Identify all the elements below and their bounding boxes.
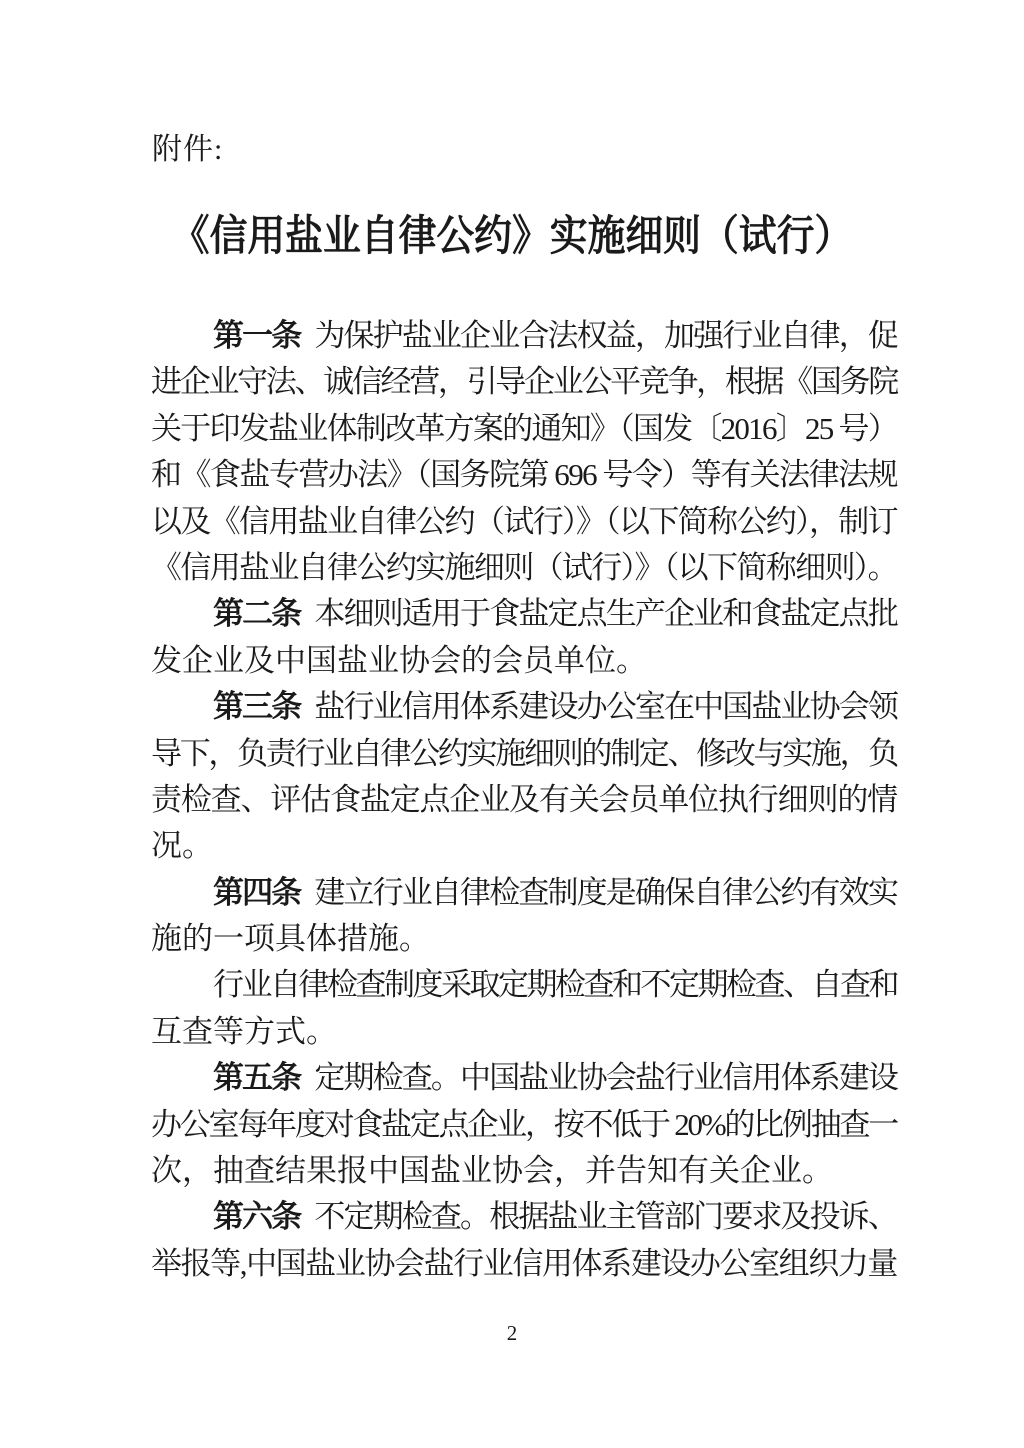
article-number: 第四条 bbox=[213, 875, 300, 910]
article-number: 第一条 bbox=[213, 318, 300, 353]
article-number: 第五条 bbox=[213, 1060, 300, 1095]
text-line: 第六条不定期检查。根据盐业主管部门要求及投诉、 bbox=[151, 1194, 897, 1240]
attachment-label: 附件: bbox=[152, 132, 223, 168]
text-line: 第四条建立行业自律检查制度是确保自律公约有效实 bbox=[151, 870, 897, 916]
text-line: 次，抽查结果报中国盐业协会，并告知有关企业。 bbox=[151, 1148, 897, 1194]
text-line: 和《食盐专营办法》（国务院第 696 号令）等有关法律法规 bbox=[151, 452, 897, 498]
text-line: 行业自律检查制度采取定期检查和不定期检查、自查和 bbox=[151, 962, 897, 1008]
text-line: 以及《信用盐业自律公约（试行）》（以下简称公约），制订 bbox=[151, 499, 897, 545]
text-line: 举报等,中国盐业协会盐行业信用体系建设办公室组织力量 bbox=[151, 1241, 897, 1287]
text-line: 施的一项具体措施。 bbox=[151, 916, 897, 962]
text-line: 第二条本细则适用于食盐定点生产企业和食盐定点批 bbox=[151, 591, 897, 637]
text-line: 进企业守法、诚信经营，引导企业公平竞争，根据《国务院 bbox=[151, 359, 897, 405]
page-title: 《信用盐业自律公约》实施细则（试行） bbox=[51, 211, 973, 263]
text-line: 《信用盐业自律公约实施细则（试行）》（以下简称细则）。 bbox=[151, 545, 897, 591]
article-number: 第六条 bbox=[213, 1199, 300, 1234]
text-line: 第五条定期检查。中国盐业协会盐行业信用体系建设 bbox=[151, 1055, 897, 1101]
text-line: 办公室每年度对食盐定点企业，按不低于 20%的比例抽查一 bbox=[151, 1102, 897, 1148]
text-line: 互查等方式。 bbox=[151, 1009, 897, 1055]
text-line: 况。 bbox=[151, 823, 897, 869]
document-body: 第一条为保护盐业企业合法权益，加强行业自律，促进企业守法、诚信经营，引导企业公平… bbox=[151, 313, 897, 1287]
page-number: 2 bbox=[0, 1320, 1024, 1346]
text-line: 关于印发盐业体制改革方案的通知》（国发〔2016〕25 号） bbox=[151, 406, 897, 452]
article-number: 第三条 bbox=[213, 689, 300, 724]
document-page: 附件: 《信用盐业自律公约》实施细则（试行） 第一条为保护盐业企业合法权益，加强… bbox=[0, 0, 1024, 1448]
text-line: 导下，负责行业自律公约实施细则的制定、修改与实施，负 bbox=[151, 731, 897, 777]
text-line: 发企业及中国盐业协会的会员单位。 bbox=[151, 638, 897, 684]
text-line: 第一条为保护盐业企业合法权益，加强行业自律，促 bbox=[151, 313, 897, 359]
text-line: 第三条盐行业信用体系建设办公室在中国盐业协会领 bbox=[151, 684, 897, 730]
text-line: 责检查、评估食盐定点企业及有关会员单位执行细则的情 bbox=[151, 777, 897, 823]
article-number: 第二条 bbox=[213, 596, 300, 631]
